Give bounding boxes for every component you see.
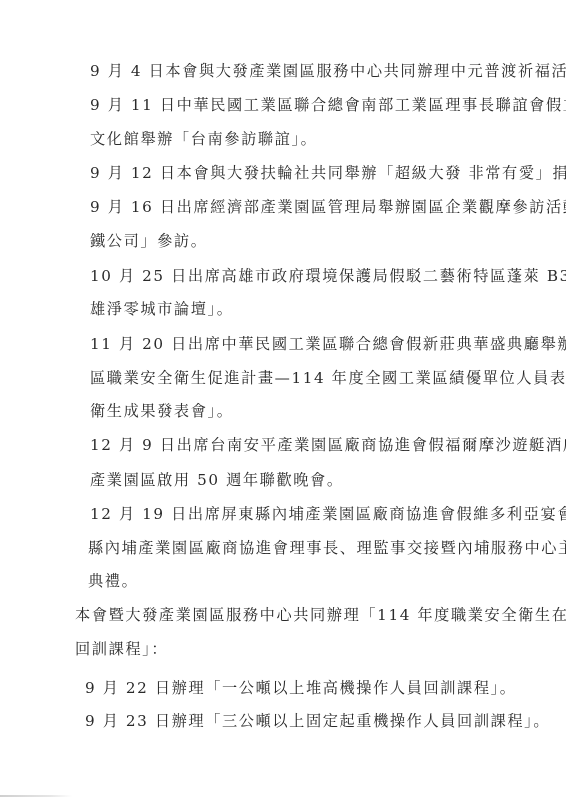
text-line: 衛生成果發表會」。 — [90, 402, 234, 420]
text-line: 產業園區啟用 50 週年聯歡晚會。 — [90, 471, 344, 489]
text-line: 9 月 12 日本會與大發扶輪社共同舉辦「超級大發 非常有愛」捐血活動。 — [90, 164, 566, 182]
text-line: 雄淨零城市論壇」。 — [90, 300, 234, 318]
text-line: 縣內埔產業園區廠商協進會理事長、理監事交接暨內埔服務中心主任就職 — [88, 539, 566, 557]
text-line: 12 月 9 日出席台南安平產業園區廠商協進會假福爾摩沙遊艇酒店舉辦安平 — [90, 436, 566, 454]
text-line: 12 月 19 日出席屏東縣內埔產業園區廠商協進會假維多利亞宴會館舉辦屏東 — [90, 505, 566, 523]
text-line: 典禮。 — [88, 572, 138, 590]
text-line: 11 月 20 日出席中華民國工業區聯合總會假新莊典華盛典廳舉辦「產業園 — [90, 335, 566, 353]
text-line: 9 月 16 日出席經濟部產業園區管理局舉辦園區企業觀摩參訪活動「福南鋼 — [90, 198, 566, 216]
document-page: 9 月 4 日本會與大發產業園區服務中心共同辦理中元普渡祈福活動。 9 月 11… — [0, 0, 566, 800]
text-line: 10 月 25 日出席高雄市政府環境保護局假駁二藝術特區蓬萊 B3 倉庫辦理「高 — [90, 267, 566, 285]
scan-edge-line — [0, 795, 72, 797]
text-line: 9 月 11 日中華民國工業區聯合總會南部工業區理事長聯誼會假立康中草藥 — [90, 96, 566, 114]
section-heading-line: 本會暨大發產業園區服務中心共同辦理「114 年度職業安全衛生在職教育 — [75, 606, 566, 624]
text-line: 鐵公司」參訪。 — [90, 232, 208, 250]
text-line: 區職業安全衛生促進計畫—114 年度全國工業區績優單位人員表揚暨安全 — [90, 369, 566, 387]
text-line: 文化館舉辦「台南參訪聯誼」。 — [90, 130, 317, 148]
section-heading-line: 回訓課程」： — [75, 640, 168, 658]
course-item: 9 月 22 日辦理「一公噸以上堆高機操作人員回訓課程」。 — [85, 679, 517, 697]
course-item: 9 月 23 日辦理「三公噸以上固定起重機操作人員回訓課程」。 — [85, 712, 550, 730]
text-line: 9 月 4 日本會與大發產業園區服務中心共同辦理中元普渡祈福活動。 — [90, 62, 566, 80]
